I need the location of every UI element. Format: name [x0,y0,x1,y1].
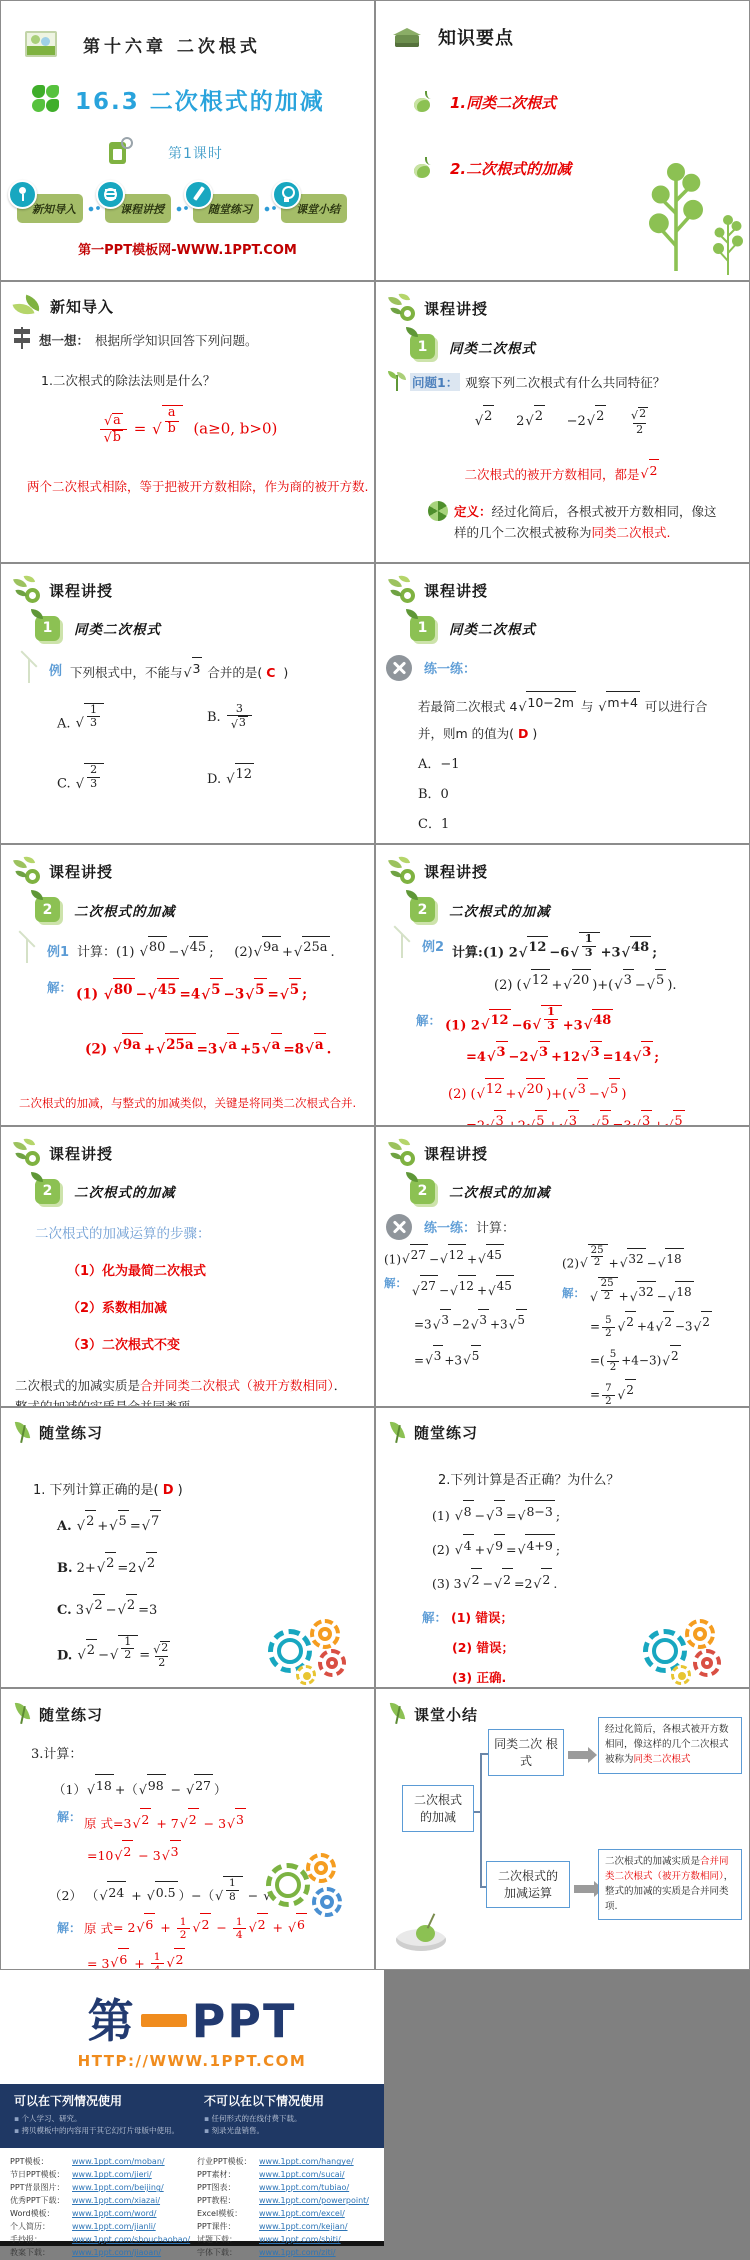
essence-highlight: 合并同类二次根式（被开方数相同） [140,1378,334,1393]
question-text: 下列根式中，不能与√3 合并的是( [70,665,266,680]
slide-header: 随堂练习 [376,1408,749,1445]
footer-card: 第 PPT HTTP://WWW.1PPT.COM 可以在下列情况使用 个人学习… [0,1970,384,2246]
footer-link[interactable]: www.1ppt.com/moban/ [72,2156,165,2169]
section-row: 2 二次根式的加减 [410,897,749,922]
think-label: 想一想： [39,331,89,349]
section-title: 同类二次根式 [449,337,536,357]
solution-label: 解： [384,1275,407,1301]
slide-header: 课程讲授 [376,564,749,604]
link-label: PPT模板： [10,2156,72,2169]
practice-label: 练一练： [424,1221,476,1236]
solution-line-1: (1) √80−√45=4√5−3√5=√5; [76,978,307,1006]
mindmap-note-1: 经过化简后，各根式被开方数相同，像这样的几个二次根式被称为同类二次根式 [598,1717,742,1773]
footer-link-row: 字体下载：www.1ppt.com/ziti/ [197,2247,378,2260]
example-row: 例2 计算:(1) 2√12−6√13+3√48; [390,932,749,965]
essence-line-2: 整式的加减的实质是合并同类项. [15,1399,194,1407]
problem-statement: 计算：(1) √80−√45; (2)√9a+√25a. [77,936,335,964]
dot-connector [87,205,101,213]
essence-post: ． [334,1378,347,1393]
note-text: 二次根式的加减实质是 [605,1856,700,1867]
solution-column-2: (2)√252+√32−√18 解：√252+√32−√18 =52√2+4√2… [562,1244,749,1407]
slide-6-practice-m[interactable]: 课程讲授 1 同类二次根式 练一练： 若最简二次根式 4√10−2m 与 √m+… [375,563,750,844]
header-title: 随堂练习 [39,1422,103,1443]
definition-highlight: 同类二次根式. [592,525,671,540]
footer-link[interactable]: www.1ppt.com/jiaoan/ [72,2247,161,2260]
footer-link[interactable]: www.1ppt.com/powerpoint/ [259,2195,369,2208]
logo-text-first: 第 [88,1998,136,2044]
apple-leaf-icon [412,91,434,113]
map-pin-icon [8,180,37,209]
slide-14-summary[interactable]: 课堂小结 二次根式 的加减 同类二次 根式 二次根式的 加减运算 经过化简后，各… [375,1688,750,1969]
solution-label: 解： [416,1011,441,1038]
slide-preview-grid: 第十六章 二次根式 16.3 二次根式的加减 第1课时 新知导入 课程讲授 随堂… [0,0,750,1970]
connector-line [480,1753,482,1887]
section-row: 1 同类二次根式 [410,616,749,641]
section-badge: 1 [35,616,60,641]
problem-1: (1)√27−√12+√45 [384,1244,562,1270]
connector-line [480,1753,488,1755]
tools-icon [386,1214,412,1240]
slide-7-example-1[interactable]: 课程讲授 2 二次根式的加减 例1 计算：(1) √80−√45; (2)√9a… [0,844,375,1125]
compute-label: 计算： [476,1221,515,1236]
question-text: 1. 下列计算正确的是( [33,1483,163,1498]
option-label: B. [57,1561,73,1576]
example-row: 例1 计算：(1) √80−√45; (2)√9a+√25a. [15,936,374,964]
link-label: 试题下载： [197,2234,259,2247]
allowed-item: 拷贝模板中的内容用于其它幻灯片母版中使用。 [14,2125,182,2138]
footer-link-row: 手抄报：www.1ppt.com/shouchaobao/ [10,2234,191,2247]
option-value: 3√3 [225,710,254,725]
link-label: 手抄报： [10,2234,72,2247]
arrow-icon [568,1751,588,1759]
section-badge: 1 [410,616,435,641]
slide-4-like-radicals[interactable]: 课程讲授 1 同类二次根式 问题1： 观察下列二次根式有什么共同特征？ √2 2… [375,281,750,562]
link-label: Excel模板： [197,2208,259,2221]
footer-link-row: PPT模板：www.1ppt.com/moban/ [10,2156,191,2169]
solution-row: 解： (1) √80−√45=4√5−3√5=√5; [47,978,374,1006]
footer-links: PPT模板：www.1ppt.com/moban/ 节日PPT模板：www.1p… [0,2148,384,2260]
slide-8-example-2[interactable]: 课程讲授 2 二次根式的加减 例2 计算:(1) 2√12−6√13+3√48;… [375,844,750,1125]
knowledge-item-2: 2.二次根式的加减 [450,158,571,179]
solution-line: = 2√6 + 12√2 − 14√2 + √6 [113,1920,308,1935]
pinwheel-icon [428,501,448,521]
definition-text: 经过化简后，各根式被开方数相同，像这样的几个二次根式被称为 [454,504,717,540]
footer-link[interactable]: www.1ppt.com/sucai/ [259,2169,345,2182]
dart-icon [396,1915,458,1955]
lesson-label: 第1课时 [168,143,223,163]
solution-line: =3√3−2√3+3√5 [414,1309,562,1335]
footer-links-right: 行业PPT模板：www.1ppt.com/hangye/ PPT素材：www.1… [197,2156,378,2260]
option-label: C. [57,777,71,792]
solution-line: =(52+4−3)√2 [590,1345,749,1373]
footer-link[interactable]: www.1ppt.com/ziti/ [259,2247,336,2260]
footer-link[interactable]: www.1ppt.com/hangye/ [259,2156,354,2169]
nav-button-summary: 课堂小结 [281,194,347,223]
option-value: √2−√12=√22 [76,1648,173,1663]
chapter-title: 第十六章 二次根式 [83,32,261,57]
flower-icon [389,1140,416,1167]
example-label: 例2 [422,936,444,955]
slide-9-steps[interactable]: 课程讲授 2 二次根式的加减 二次根式的加减运算的步骤： （1）化为最简二次根式… [0,1126,375,1407]
question-text: 1.二次根式的除法法则是什么？ [41,371,374,389]
option-value: √23 [75,777,105,792]
solution-line: =√3+3√5 [414,1345,562,1371]
pencil-icon [184,180,213,209]
header-title: 课程讲授 [49,861,113,882]
footer-link-row: 节日PPT模板：www.1ppt.com/jieri/ [10,2169,191,2182]
logo-dash-icon [141,2014,187,2027]
plant-sprig-icon [713,214,743,276]
practice-label: 练一练： [424,658,476,677]
footer-link[interactable]: www.1ppt.com/excel/ [259,2208,345,2221]
slide-header: 课程讲授 [1,1127,374,1167]
footer-link[interactable]: www.1ppt.com/beijing/ [72,2182,164,2195]
footer-link-row: Word模板：www.1ppt.com/word/ [10,2208,191,2221]
page-footer: 第 PPT HTTP://WWW.1PPT.COM 可以在下列情况使用 个人学习… [0,1970,750,2250]
example-row: 例 下列根式中，不能与√3 合并的是( C ) [17,657,374,683]
nav-button-label: 随堂练习 [208,203,252,216]
nav-button-label: 课程讲授 [120,203,164,216]
site-watermark: 第一PPT模板网-WWW.1PPT.COM [1,239,374,258]
mindmap-branch-2: 二次根式的 加减运算 [486,1861,570,1907]
footer-links-left: PPT模板：www.1ppt.com/moban/ 节日PPT模板：www.1p… [10,2156,191,2260]
option-label: C. [57,1603,72,1618]
think-row: 想一想： 根据所学知识回答下列问题。 [11,327,374,353]
flower-icon [389,858,416,885]
slide-header: 知识要点 [376,1,749,51]
header-title: 课程讲授 [424,580,488,601]
flower-icon [389,295,416,322]
problem-2: (2)√252+√32−√18 [562,1244,749,1274]
step-3: （3）二次根式不变 [67,1334,374,1353]
nav-button-label: 新知导入 [32,203,76,216]
header-title: 课程讲授 [424,1143,488,1164]
footer-link[interactable]: www.1ppt.com/jieri/ [72,2169,152,2182]
list-item: 1.同类二次根式 [412,91,749,113]
footer-link-row: 教案下载：www.1ppt.com/jiaoan/ [10,2247,191,2260]
option-b: B．0 [418,784,749,806]
option-value: √13 [75,716,105,731]
footer-link-row: PPT课件：www.1ppt.com/kejian/ [197,2221,378,2234]
essence-note: 二次根式的加减实质是合并同类二次根式（被开方数相同）．整式的加减的实质是合并同类… [15,1375,360,1407]
division-rule-formula: √a√b = √ab (a≥0, b>0) [1,405,374,446]
note-highlight: 同类二次根式 [634,1754,691,1765]
section-badge: 2 [410,897,435,922]
solution-label: 解： [57,1919,81,1942]
nav-button-practice: 随堂练习 [193,194,259,223]
gear-icon [306,1853,336,1883]
arrow-icon [574,1885,594,1893]
logo-text-ppt: PPT [192,1998,297,2044]
section-badge: 1 [410,334,435,359]
chapter-row: 第十六章 二次根式 [25,31,374,57]
item-2: (2) √4+√9=√4+9; [432,1534,749,1560]
footer-link[interactable]: www.1ppt.com/jianli/ [72,2221,156,2234]
leaf-icon [14,1421,31,1445]
solution-line-2: (2) √9a+√25a=3√a+5√a=8√a. [85,1033,374,1061]
nav-button-lecture: 课程讲授 [105,194,171,223]
step-2: （2）系数相加减 [67,1297,374,1316]
windmill-icon [17,657,41,683]
solution-line: =3√2 + 7√2 − 3√3 [113,1816,247,1831]
header-title: 课程讲授 [49,580,113,601]
footer-link-row: 个人简历：www.1ppt.com/jianli/ [10,2221,191,2234]
solution-line-2a: (2) (√12+√20)+(√3−√5) [448,1078,749,1106]
slide-1-title[interactable]: 第十六章 二次根式 16.3 二次根式的加减 第1课时 新知导入 课程讲授 随堂… [0,0,375,281]
tag-icon [109,142,126,164]
footer-link[interactable]: www.1ppt.com/tubiao/ [259,2182,349,2195]
question-text: 3.计算： [31,1744,374,1766]
usage-terms-band: 可以在下列情况使用 个人学习、研究。 拷贝模板中的内容用于其它幻灯片母版中使用。… [0,2084,384,2149]
footer-link-row: 优秀PPT下载：www.1ppt.com/xiazai/ [10,2195,191,2208]
header-title: 课程讲授 [424,861,488,882]
solution-line: = 3√6 + 14√2 [87,1948,374,1970]
problem-line-2: 并，则m 的值为( [418,726,518,741]
link-label: PPT背景图片： [10,2182,72,2195]
footer-link-row: PPT背景图片：www.1ppt.com/beijing/ [10,2182,191,2195]
footer-link-row: 试题下载：www.1ppt.com/shiti/ [197,2234,378,2247]
section-title: 二次根式的加减 [449,1181,551,1201]
question-tail: ) [275,665,288,680]
leaf-icon [389,1421,406,1445]
option-value: 3√2−√2=3 [76,1603,158,1618]
footer-link-row: Excel模板：www.1ppt.com/excel/ [197,2208,378,2221]
solution-line: =52√2+4√2−3√2 [590,1311,749,1339]
plant-sprig-icon [649,162,703,272]
option-a: A．−1 [418,754,749,776]
header-title: 新知导入 [50,296,114,317]
steps-intro: 二次根式的加减运算的步骤： [35,1222,374,1242]
gear-icon [312,1887,342,1917]
slide-10-practice-compute[interactable]: 课程讲授 2 二次根式的加减 练一练：计算： (1)√27−√12+√45 解：… [375,1126,750,1407]
slide-2-knowledge-points[interactable]: 知识要点 1.同类二次根式 2.二次根式的加减 [375,0,750,281]
option-value: √12 [225,772,255,787]
apple-leaf-icon [412,157,434,179]
site-url[interactable]: HTTP://WWW.1PPT.COM [0,2052,384,2070]
slide-header: 课程讲授 [376,1127,749,1167]
header-title: 知识要点 [438,24,514,50]
signpost-icon [11,327,33,353]
gear-icon [266,1863,310,1907]
header-title: 随堂练习 [39,1704,103,1725]
section-row: 2 二次根式的加减 [35,1179,374,1204]
section-title: 二次根式的加减 [74,900,176,920]
original-expression-label: 原 式 [84,1920,113,1935]
section-title: 二次根式的加减 [449,900,551,920]
question-row: 问题1： 观察下列二次根式有什么共同特征？ [388,371,749,393]
header-title: 课程讲授 [424,298,488,319]
mindmap-branch-1: 同类二次 根式 [488,1729,564,1775]
allowed-uses: 可以在下列情况使用 个人学习、研究。 拷贝模板中的内容用于其它幻灯片母版中使用。 [14,2092,182,2139]
footer-link[interactable]: www.1ppt.com/kejian/ [259,2221,348,2234]
footer-link[interactable]: www.1ppt.com/xiazai/ [72,2195,160,2208]
example-label: 例 [49,660,62,679]
lesson-row: 第1课时 [109,142,374,164]
option-label: A. [57,1519,72,1534]
slide-nav-buttons: 新知导入 课程讲授 随堂练习 课堂小结 [17,194,374,223]
section-row: 1 同类二次根式 [35,616,374,641]
slide-11-quiz-1[interactable]: 随堂练习 1. 下列计算正确的是( D ) A. √2+√5=√7 B. 2+√… [0,1407,375,1688]
solution-line-1b: =4√3−2√3+12√3=14√3; [466,1041,749,1069]
forbidden-item: 刻录光盘销售。 [204,2125,372,2138]
link-label: PPT素材： [197,2169,259,2182]
section-row: 2 二次根式的加减 [35,897,374,922]
question-tail: ) [174,1483,183,1498]
example-label: 例1 [47,941,69,960]
question-row: 1. 下列计算正确的是( D ) [33,1479,374,1498]
nav-button-intro: 新知导入 [17,194,83,223]
answer-letter: D [163,1483,174,1498]
footer-link[interactable]: www.1ppt.com/shiti/ [259,2234,341,2247]
allowed-heading: 可以在下列情况使用 [14,2092,182,2109]
flower-icon [389,577,416,604]
header-title: 课程讲授 [49,1143,113,1164]
item-1: (1) √8−√3=√8−3; [432,1500,749,1526]
option-label: B. [207,710,221,725]
leaf-icon [14,295,42,317]
slide-13-quiz-3[interactable]: 随堂练习 3.计算： （1）√18+（√98 − √27） 解：原 式=3√2 … [0,1688,375,1969]
link-label: 优秀PPT下载： [10,2195,72,2208]
two-column-solutions: (1)√27−√12+√45 解：√27−√12+√45 =3√3−2√3+3√… [376,1244,749,1407]
link-label: PPT课件： [197,2221,259,2234]
option-value: √2+√5=√7 [76,1519,163,1534]
problem-line-1: 若最简二次根式 4√10−2m 与 √m+4 可以进行合 [418,691,749,717]
header-title: 随堂练习 [414,1422,478,1443]
step-1: （1）化为最简二次根式 [67,1260,374,1279]
item-3: (3) 3√2−√2=2√2. [432,1568,749,1594]
house-icon [392,23,424,51]
link-label: PPT教程： [197,2195,259,2208]
answer-1: (1) 错误； [451,1608,513,1626]
radical-examples: √2 2√2 −2√2 √22 [376,405,749,436]
original-expression-label: 原 式 [84,1816,113,1831]
section-title: 二次根式的加减 [74,1181,176,1201]
slide-header: 新知导入 [1,282,374,317]
link-label: 个人简历： [10,2221,72,2234]
dot-connector [263,205,277,213]
flower-icon [14,577,41,604]
link-label: Word模板： [10,2208,72,2221]
rule-note: 两个二次根式相除，等于把被开方数相除，作为商的被开方数. [27,477,374,495]
solution-line: √27−√12+√45 [411,1275,515,1301]
problem-1: （1）√18+（√98 − √27） [53,1774,374,1800]
solution-line-2b: =2√3+2√5+√3−√5=3√3+√5. [466,1110,749,1126]
problem-statement-1: 计算:(1) 2√12−6√13+3√48; [452,932,657,965]
footer-link-row: PPT图表：www.1ppt.com/tubiao/ [197,2182,378,2195]
solution-row: 解： (1) 2√12−6√13+3√48 [416,1005,749,1038]
footer-link-row: PPT素材：www.1ppt.com/sucai/ [197,2169,378,2182]
nav-button-label: 课堂小结 [296,203,340,216]
question-text: 观察下列二次根式有什么共同特征？ [465,373,665,391]
slide-header: 课程讲授 [376,845,749,885]
mindmap-root: 二次根式 的加减 [402,1785,474,1831]
knowledge-item-1: 1.同类二次根式 [450,92,556,113]
options-grid: A. √13 B. 3√3 C. √23 D. √12 [57,703,374,796]
common-feature-note: 二次根式的被开方数相同，都是√2 [376,459,749,485]
slide-12-quiz-2[interactable]: 随堂练习 2.下列计算是否正确？为什么？ (1) √8−√3=√8−3; (2)… [375,1407,750,1688]
link-label: 行业PPT模板： [197,2156,259,2169]
page-title: 16.3 二次根式的加减 [75,83,325,116]
slide-header: 课程讲授 [1,845,374,885]
footer-link[interactable]: www.1ppt.com/shouchaobao/ [72,2234,190,2247]
gear-icon [296,1665,316,1685]
option-label: D. [207,772,221,787]
solution-label: 解： [47,978,72,1006]
globe-icon [96,180,125,209]
link-label: 节日PPT模板： [10,2169,72,2182]
slide-header: 随堂练习 [1,1689,374,1726]
definition-label: 定义： [454,504,492,519]
option-c: C．1 [418,814,749,836]
essence-pre: 二次根式的加减实质是 [15,1378,140,1393]
solution-line: √252+√32−√18 [589,1277,695,1307]
bulb-icon [272,180,301,209]
problem-statement-2: (2) (√12+√20)+(√3−√5). [494,969,749,997]
practice-row: 练一练：计算： [386,1214,749,1240]
photo-frame-icon [25,31,57,57]
link-label: 字体下载： [197,2247,259,2260]
forbidden-item: 任何形式的在线付费下载。 [204,2113,372,2126]
question-label: 问题1： [410,373,460,391]
solution-label: 解： [562,1285,585,1307]
definition-row: 定义：经过化简后，各根式被开方数相同，像这样的几个二次根式被称为同类二次根式. [428,501,718,544]
practice-row: 练一练： [386,655,749,681]
option-label: D. [57,1648,72,1663]
flower-icon [14,858,41,885]
leaf-icon [14,1702,31,1726]
option-value: 2+√2=2√2 [77,1561,159,1576]
clover-icon [31,84,63,116]
section-row: 2 二次根式的加减 [410,1179,749,1204]
slide-header: 课程讲授 [1,564,374,604]
solution-line-1a: (1) 2√12−6√13+3√48 [445,1005,614,1038]
slide-5-example-choice[interactable]: 课程讲授 1 同类二次根式 例 下列根式中，不能与√3 合并的是( C ) A.… [0,563,375,844]
windmill-icon [390,932,414,958]
section-title: 同类二次根式 [449,618,536,638]
site-logo[interactable]: 第 PPT [0,1998,384,2044]
tools-icon [386,655,412,681]
slide-3-new-knowledge[interactable]: 新知导入 想一想： 根据所学知识回答下列问题。 1.二次根式的除法法则是什么？ … [0,281,375,562]
solution-column-1: (1)√27−√12+√45 解：√27−√12+√45 =3√3−2√3+3√… [376,1244,562,1407]
section-badge: 2 [410,1179,435,1204]
slide-header: 随堂练习 [1,1408,374,1445]
forbidden-heading: 不可以在以下情况使用 [204,2092,372,2109]
dot-connector [175,205,189,213]
allowed-item: 个人学习、研究。 [14,2113,182,2126]
section-badge: 2 [35,897,60,922]
section-badge: 2 [35,1179,60,1204]
footer-link[interactable]: www.1ppt.com/word/ [72,2208,157,2221]
windmill-icon [15,937,39,963]
link-label: 教案下载： [10,2247,72,2260]
solution-label: 解： [57,1808,81,1834]
answer-letter: D [518,726,528,741]
method-note: 二次根式的加减，与整式的加减类似，关键是将同类二次根式合并. [19,1095,374,1111]
footer-link-row: PPT教程：www.1ppt.com/powerpoint/ [197,2195,378,2208]
problem-tail: ) [528,726,537,741]
section-row: 1 同类二次根式 [410,334,749,359]
forbidden-uses: 不可以在以下情况使用 任何形式的在线付费下载。 刻录光盘销售。 [204,2092,372,2139]
mindmap-note-2: 二次根式的加减实质是合并同类二次根式（被开方数相同）， 整式的加减的实质是合并同… [598,1849,742,1920]
solution-label: 解： [422,1608,447,1626]
solution-line: =72√2 [590,1379,749,1407]
link-label: PPT图表： [197,2182,259,2195]
slide-header: 课程讲授 [376,282,749,322]
sprout-icon [388,371,405,393]
question-text: 2.下列计算是否正确？为什么？ [438,1469,749,1488]
think-text: 根据所学知识回答下列问题。 [95,331,258,349]
gear-icon [318,1649,346,1677]
